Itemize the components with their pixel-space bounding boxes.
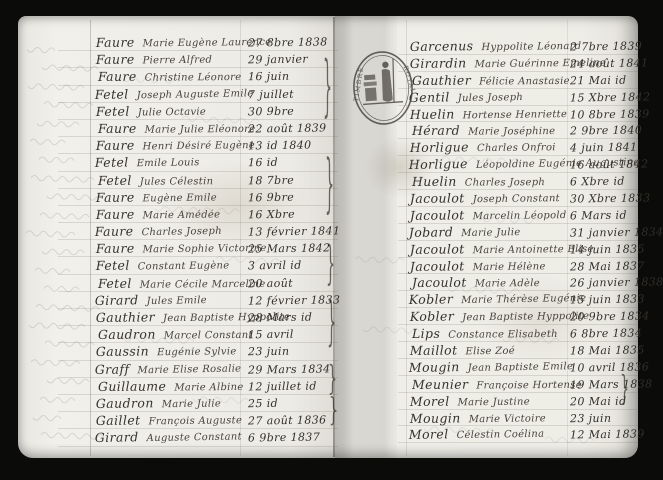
entry-surname: Faure [96,189,135,204]
entry-given-names: Marie Julie [162,398,221,410]
entry-given-names: Pierre Alfred [143,55,213,67]
entry-surname: Faure [98,121,137,136]
entry-date: 28 Mars id [248,310,312,327]
register-row: JacoulotJoseph Constant30 Xbre 1833 [398,190,638,207]
entry-surname: Morel [410,393,450,408]
entry-date: 16 id [248,155,278,171]
entry-surname: Gaillet [96,413,141,429]
entry-date: 3 avril id [248,258,302,275]
register-row: FetelJules Célestin18 7bre [58,172,338,189]
register-row: FaureMarie Eugène Laurence27 8bre 1838 [58,34,338,51]
entry-given-names: Hortense Henriette [463,109,568,121]
entry-surname: Meunier [412,376,469,391]
entry-surname: Mougin [410,410,461,426]
entry-date: 16 Xbre [248,207,295,224]
entry-given-names: Célestin Coélina [456,429,544,442]
entry-surname: Gaudron [96,395,154,411]
register-row: FetelJoseph Auguste Emile7 juillet [58,86,338,103]
entry-given-names: Christine Léonore [145,72,242,84]
entry-surname: Guillaume [98,378,166,393]
entry-date: 15 avril [248,327,294,344]
entry-date: 25 id [248,396,278,412]
entry-surname: Morel [409,427,449,443]
register-row: MorelCélestin Coélina12 Mai 1839 [398,426,638,443]
entry-surname: Huelin [412,174,457,189]
entry-date: 23 juin [570,410,612,426]
entry-date: 29 janvier [248,52,308,69]
entry-date: 18 Mai 1835 [570,343,645,360]
entry-given-names: Françoise Hortense [476,380,582,392]
entry-surname: Gaudron [98,327,156,342]
entry-surname: Gentil [409,89,450,105]
register-row: JacoulotMarie Antoinette Elise14 juin 18… [398,241,638,258]
entry-given-names: Marie Julie Eléonore [145,124,256,136]
entry-given-names: Marie Joséphine [468,126,555,138]
entry-given-names: Constant Eugène [138,261,230,273]
entry-surname: Hérard [412,123,460,138]
entry-surname: Fetel [96,103,130,118]
entry-surname: Faure [96,241,135,256]
register-row: HorligueLéopoldine Eugénie Augustine16 a… [398,156,638,173]
entry-date: 2 9bre 1840 [570,123,642,140]
register-row: GaudronMarie Julie25 id [58,395,338,412]
left-page-entry-list: FaureMarie Eugène Laurence27 8bre 1838Fa… [58,34,338,447]
entry-given-names: Hyppolite Léonard [481,41,581,53]
entry-given-names: Eugénie Sylvie [157,347,237,359]
entry-given-names: Jules Célestin [140,176,214,188]
entry-surname: Fetel [98,172,132,187]
entry-surname: Jacoulot [412,275,467,290]
entry-given-names: Marie Albine [174,382,243,393]
register-row: GauthierJean Baptiste Hyppolite28 Mars i… [58,309,338,326]
entry-surname: Gauthier [96,309,155,325]
entry-surname: Faure [96,35,135,50]
entry-date: 10 8bre 1839 [570,106,650,123]
entry-given-names: Marcel Constant [164,330,253,342]
entry-surname: Faure [95,223,134,239]
entry-date: 6 9bre 1837 [248,430,320,447]
register-row: FaureChristine Léonore16 juin [58,68,338,85]
entry-date: 23 juin [248,344,290,361]
register-row: FaureEugène Emile16 9bre [58,189,338,206]
entry-date: 16 9bre [248,189,294,206]
register-row: GuillaumeMarie Albine12 juillet id [58,378,338,395]
entry-date: 22 août 1839 [248,120,327,137]
entry-surname: Garcenus [410,38,474,54]
register-row: FaurePierre Alfred29 janvier [58,51,338,68]
entry-date: 21 Mai id [570,72,627,88]
register-row: JobardMarie Julie31 janvier 1834 [398,224,638,241]
entry-date: 27 août 1836 [248,413,327,430]
entry-date: 15 Xbre 1842 [570,89,651,106]
register-row: FetelJulie Octavie30 9bre [58,103,338,120]
entry-surname: Huelin [410,106,455,122]
register-row: GirardinMarie Guérinne Emeline24 août 18… [398,55,638,72]
entry-surname: Lips [412,326,440,341]
entry-given-names: Eugène Emile [143,192,217,204]
entry-given-names: Jean Baptiste Emile [468,361,574,374]
register-row: HuelinCharles Joseph6 Xbre id [398,173,638,190]
stamp-text-left: TIMBRE [353,66,365,102]
entry-date: 19 Mars 1838 [570,376,653,393]
register-row: FetelEmile Louis16 id [58,154,338,171]
entry-date: 27 8bre 1838 [248,34,328,51]
entry-date: 12 Mai 1839 [570,427,645,444]
entry-given-names: Marie Justine [458,396,530,408]
entry-date: 6 8bre 1834 [570,326,642,343]
entry-surname: Girardin [410,55,467,71]
entry-date: 30 Xbre 1833 [570,190,651,207]
entry-surname: Girard [95,292,139,308]
entry-surname: Maillot [410,342,458,358]
scanned-register-spread: TIMBRE ROYAL FaureMarie Eugène Laurence2… [0,0,663,480]
entry-given-names: Félicie Anastasie [479,76,570,88]
entry-surname: Horligue [409,156,468,172]
entry-date: 20 Mai id [570,393,627,409]
register-row: GirardAuguste Constant6 9bre 1837 [58,429,338,446]
entry-given-names: François Auguste [148,415,242,427]
register-row: FaureMarie Julie Eléonore22 août 1839 [58,120,338,137]
entry-surname: Fetel [98,275,132,290]
entry-given-names: Henri Désiré Eugène [143,140,256,152]
entry-given-names: Marie Amédée [143,209,221,221]
entry-date: 10 avril 1836 [570,359,649,376]
entry-surname: Jobard [409,224,454,240]
entry-surname: Jacoulot [410,207,465,223]
register-row: LipsConstance Elisabeth6 8bre 1834 [398,325,638,342]
register-row: MouginJean Baptiste Emile10 avril 1836 [398,359,638,376]
entry-date: 6 Mars id [570,208,627,224]
entry-date: 16 juin [248,69,290,86]
entry-date: 28 Mai 1837 [570,258,645,275]
entry-given-names: Joseph Constant [473,193,560,205]
entry-surname: Fetel [96,258,130,273]
entry-surname: Graff [95,361,130,377]
register-row: KoblerJean Baptiste Hyppolite20 9bre 183… [398,308,638,325]
register-row: HuelinHortense Henriette10 8bre 1839 [398,106,638,123]
right-page-entry-list: GarcenusHyppolite Léonard2 7bre 1839Gira… [398,38,638,443]
entry-date: 6 Xbre id [570,174,625,190]
entry-surname: Kobler [409,292,454,308]
entry-given-names: Marie Thérèse Eugénie [461,293,586,306]
register-row: JacoulotMarie Hélène28 Mai 1837 [398,258,638,275]
entry-given-names: Marcelin Léopold [473,210,567,222]
entry-surname: Kobler [410,309,454,325]
entry-given-names: Marie Julie [461,227,521,239]
entry-given-names: Jules Joseph [458,92,524,104]
entry-surname: Fetel [95,155,129,171]
entry-surname: Gaussin [96,344,149,360]
register-row: GraffMarie Elise Rosalie29 Mars 1834 [58,361,338,378]
register-row: GentilJules Joseph15 Xbre 1842 [398,89,638,106]
entry-date: 20 9bre 1834 [570,309,650,326]
entry-surname: Fetel [95,86,129,102]
register-row: FetelConstant Eugène3 avril id [58,257,338,274]
entry-date: 16 août 1842 [570,157,649,174]
entry-given-names: Elise Zoé [465,346,515,358]
entry-given-names: Auguste Constant [147,432,242,445]
entry-given-names: Julie Octavie [138,106,207,118]
entry-date: 12 juillet id [248,378,317,395]
entry-given-names: Charles Joseph [465,177,545,189]
entry-surname: Jacoulot [410,241,465,257]
register-row: FaureCharles Joseph13 février 1841 [58,223,338,240]
register-row: MorelMarie Justine20 Mai id [398,393,638,410]
entry-given-names: Constance Elisabeth [448,329,558,341]
entry-date: 13 id 1840 [248,138,312,155]
entry-surname: Jacoulot [410,258,465,274]
entry-given-names: Marie Hélène [473,261,546,273]
entry-surname: Faure [96,206,135,221]
entry-given-names: Marie Elise Rosalie [137,363,241,376]
entry-date: 7 juillet [248,86,294,103]
entry-surname: Faure [98,69,137,84]
register-row: GaussinEugénie Sylvie23 juin [58,343,338,360]
register-row: GirardJules Emile12 février 1833 [58,292,338,309]
entry-surname: Gauthier [412,72,471,87]
entry-date: 24 août 1841 [570,55,649,72]
entry-date: 20 août [248,275,293,292]
entry-date: 30 9bre [248,103,294,120]
entry-given-names: Joseph Auguste Emile [137,88,254,101]
entry-date: 29 Mars 1834 [248,361,331,378]
entry-given-names: Emile Louis [137,158,200,170]
entry-given-names: Marie Cécile Marceline [140,278,266,290]
entry-date: 18 7bre [248,172,294,189]
entry-surname: Girard [95,430,139,446]
register-row: MeunierFrançoise Hortense19 Mars 1838 [398,376,638,393]
entry-surname: Mougin [409,359,460,375]
entry-given-names: Charles Joseph [141,226,222,238]
entry-given-names: Jules Emile [147,295,207,307]
stamp-figure [360,58,403,105]
entry-date: 25 Mars 1842 [248,241,331,258]
entry-surname: Jacoulot [410,190,465,206]
entry-surname: Faure [96,138,135,153]
entry-surname: Faure [96,52,135,67]
entry-surname: Horligue [410,140,469,156]
entry-date: 14 juin 1835 [570,241,645,258]
